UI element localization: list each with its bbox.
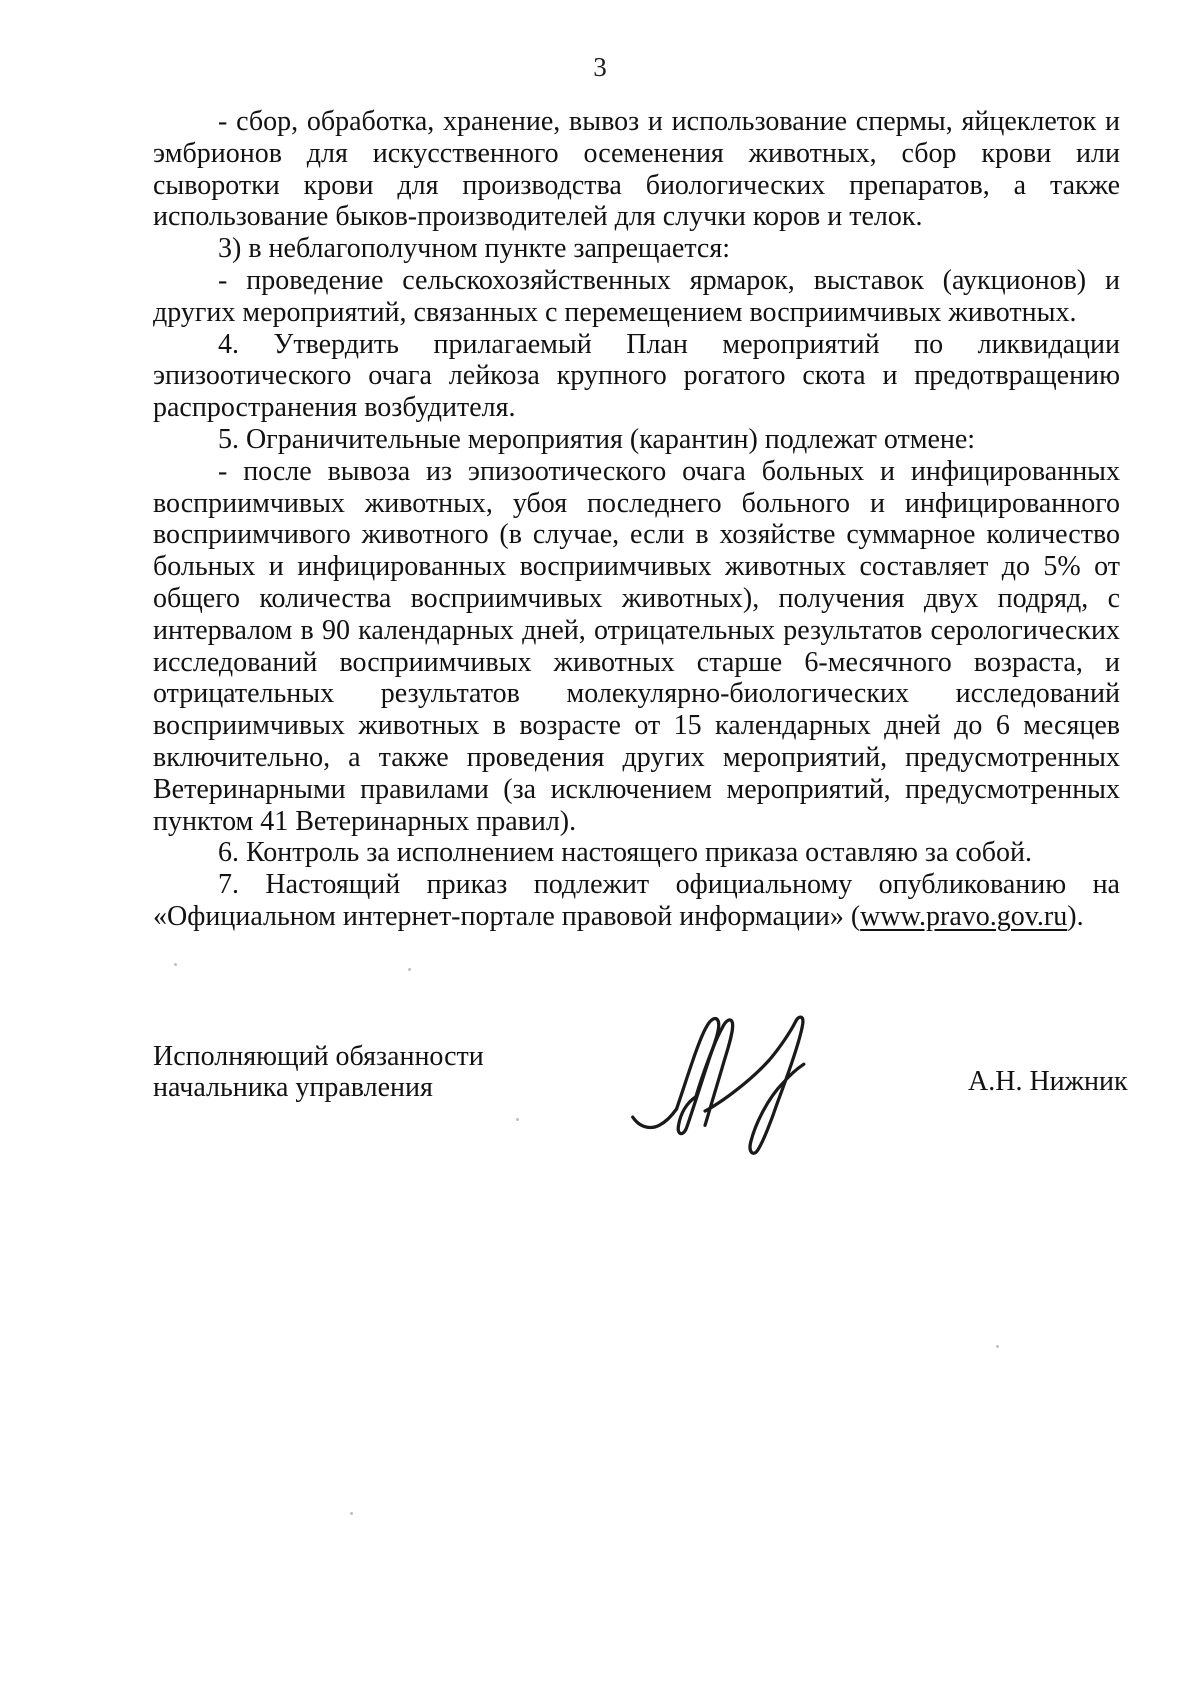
document-body: - сбор, обработка, хранение, вывоз и исп…: [153, 106, 1120, 933]
signatory-name: А.Н. Нижник: [968, 1066, 1128, 1098]
page-number: 3: [0, 52, 1200, 83]
paragraph-item-3-intro: 3) в неблагополучном пункте запрещается:: [153, 233, 1120, 265]
scanned-document-page: 3 - сбор, обработка, хранение, вывоз и и…: [0, 0, 1200, 1696]
paragraph-fairs-ban: - проведение сельскохозяйственных ярмаро…: [153, 265, 1120, 329]
handwritten-signature-icon: [628, 997, 833, 1165]
paragraph-quarantine-lift-conditions: - после вывоза из эпизоотического очага …: [153, 456, 1120, 838]
signatory-role-line2: начальника управления: [153, 1072, 573, 1103]
paragraph-item-5-intro: 5. Ограничительные мероприятия (карантин…: [153, 424, 1120, 456]
paragraph-item-4-plan: 4. Утвердить прилагаемый План мероприяти…: [153, 329, 1120, 424]
publication-text-suffix: ).: [1067, 901, 1083, 932]
signatory-role: Исполняющий обязанности начальника управ…: [153, 1041, 573, 1103]
scan-speck: [516, 1118, 519, 1121]
scan-speck: [174, 963, 177, 966]
pravo-gov-ru-url: www.pravo.gov.ru: [860, 901, 1067, 932]
paragraph-item-7-publication: 7. Настоящий приказ подлежит официальном…: [153, 869, 1120, 933]
scan-speck: [996, 1345, 999, 1348]
paragraph-item-6-control: 6. Контроль за исполнением настоящего пр…: [153, 837, 1120, 869]
signatory-role-line1: Исполняющий обязанности: [153, 1041, 573, 1072]
scan-speck: [408, 968, 411, 971]
scan-speck: [350, 1512, 353, 1515]
paragraph-sperm-collection: - сбор, обработка, хранение, вывоз и исп…: [153, 106, 1120, 233]
